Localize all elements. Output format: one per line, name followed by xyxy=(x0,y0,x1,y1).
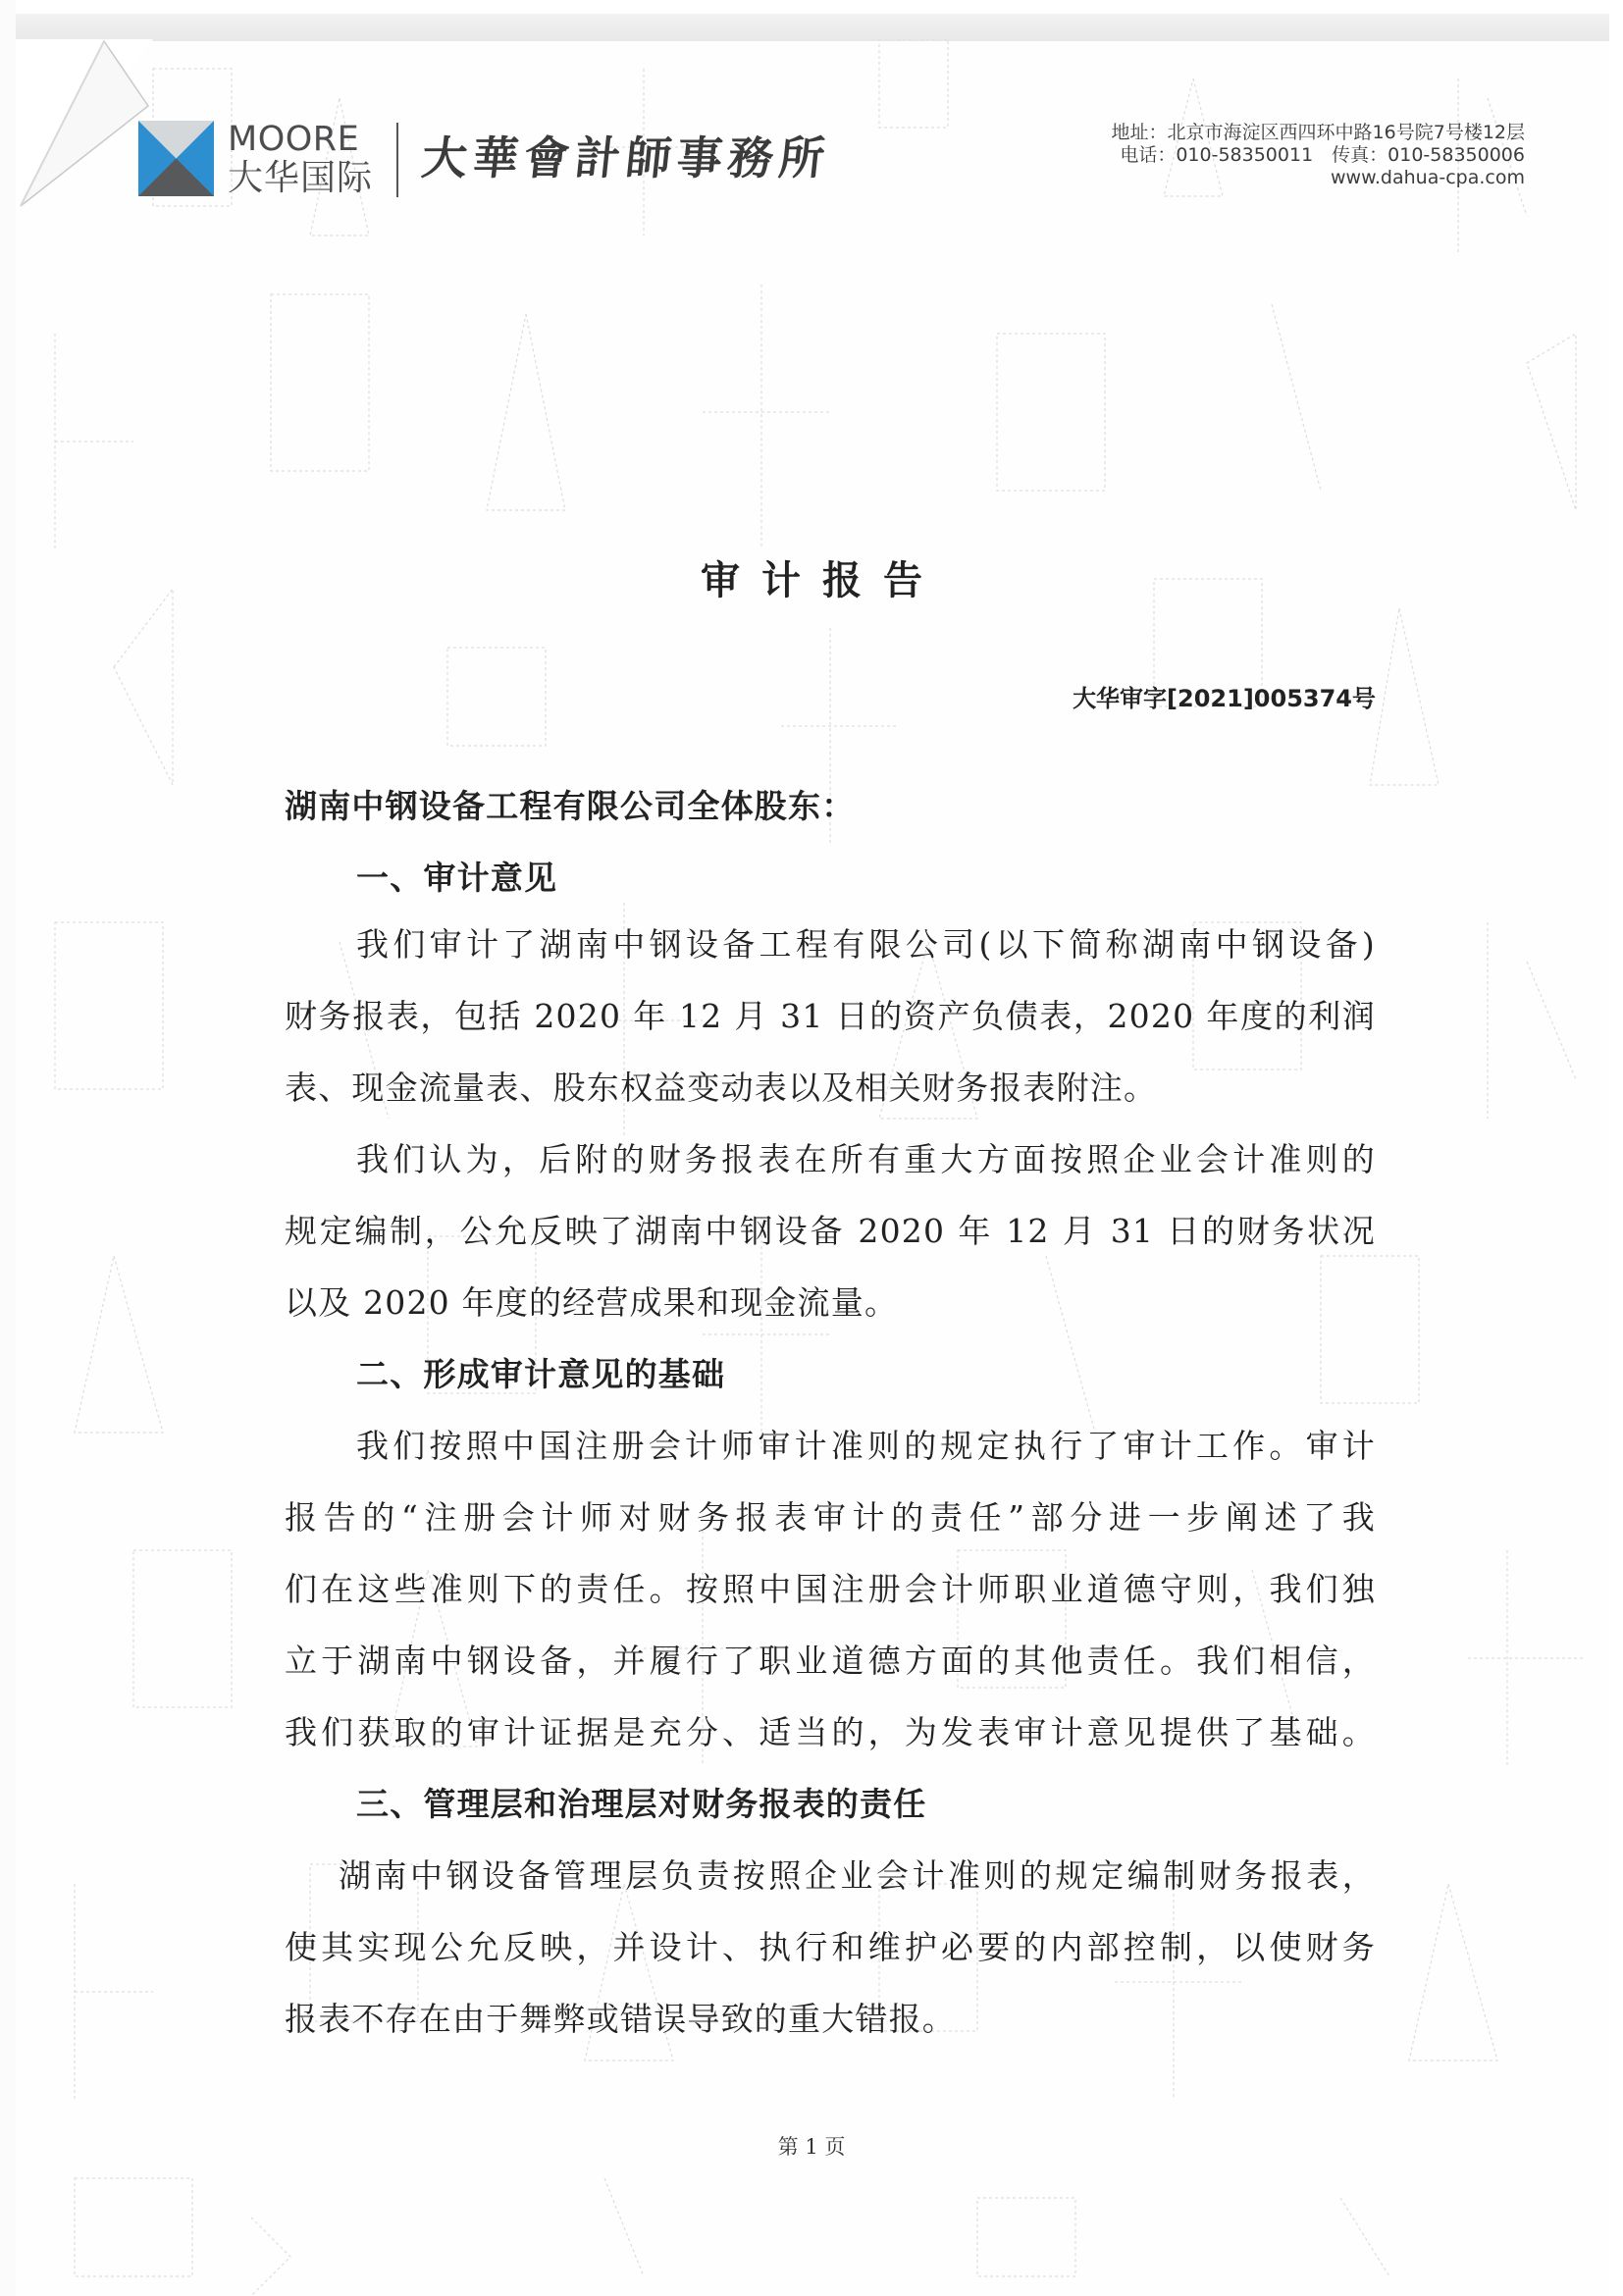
document-title: 审计报告 xyxy=(0,549,1623,605)
contact-address: 地址：北京市海淀区西四环中路16号院7号楼12层 xyxy=(1112,122,1525,144)
paragraph-line: 立于湖南中钢设备，并履行了职业道德方面的其他责任。我们相信， xyxy=(285,1642,1376,1681)
scan-border-right xyxy=(1609,14,1623,2296)
logo-brand-en: MOORE xyxy=(228,120,359,159)
scan-border-top xyxy=(16,14,1613,41)
contact-website: www.dahua-cpa.com xyxy=(1112,167,1525,189)
logo-brand-cn: 大华国际 xyxy=(228,158,373,199)
page-number: 第 1 页 xyxy=(0,2131,1623,2161)
contact-info: 地址：北京市海淀区西四环中路16号院7号楼12层 电话：010-58350011… xyxy=(1112,122,1525,189)
paragraph-line: 我们获取的审计证据是充分、适当的，为发表审计意见提供了基础。 xyxy=(285,1713,1376,1752)
paragraph-line: 使其实现公允反映，并设计、执行和维护必要的内部控制，以使财务 xyxy=(285,1928,1376,1967)
paragraph-line: 我们认为，后附的财务报表在所有重大方面按照企业会计准则的 xyxy=(356,1140,1376,1179)
header-divider xyxy=(396,123,398,197)
contact-phone-fax: 电话：010-58350011 传真：010-58350006 xyxy=(1112,144,1525,167)
paragraph-line: 们在这些准则下的责任。按照中国注册会计师职业道德守则，我们独 xyxy=(285,1570,1376,1609)
scan-border-left xyxy=(0,0,16,2296)
moore-logo-icon xyxy=(138,121,214,196)
section-heading-2: 二、形成审计意见的基础 xyxy=(356,1355,725,1394)
paragraph-line: 规定编制，公允反映了湖南中钢设备 2020 年 12 月 31 日的财务状况 xyxy=(285,1212,1376,1251)
paragraph-line: 以及 2020 年度的经营成果和现金流量。 xyxy=(285,1283,898,1323)
section-heading-1: 一、审计意见 xyxy=(356,859,557,898)
paragraph-line: 报表不存在由于舞弊或错误导致的重大错报。 xyxy=(285,2000,956,2039)
section-heading-3: 三、管理层和治理层对财务报表的责任 xyxy=(356,1785,926,1824)
paragraph-line: 表、现金流量表、股东权益变动表以及相关财务报表附注。 xyxy=(285,1069,1157,1108)
paragraph-line: 我们审计了湖南中钢设备工程有限公司(以下简称湖南中钢设备) xyxy=(356,925,1376,965)
document-number: 大华审字[2021]005374号 xyxy=(1073,679,1376,713)
folded-corner xyxy=(16,39,153,211)
paragraph-line: 湖南中钢设备管理层负责按照企业会计准则的规定编制财务报表， xyxy=(339,1856,1376,1896)
paragraph-line: 报告的“注册会计师对财务报表审计的责任”部分进一步阐述了我 xyxy=(285,1498,1376,1538)
paragraph-line: 财务报表，包括 2020 年 12 月 31 日的资产负债表，2020 年度的利… xyxy=(285,997,1376,1036)
recipient: 湖南中钢设备工程有限公司全体股东： xyxy=(285,787,855,826)
paragraph-line: 我们按照中国注册会计师审计准则的规定执行了审计工作。审计 xyxy=(356,1427,1376,1466)
firm-name: 大華會計師事務所 xyxy=(419,130,833,185)
